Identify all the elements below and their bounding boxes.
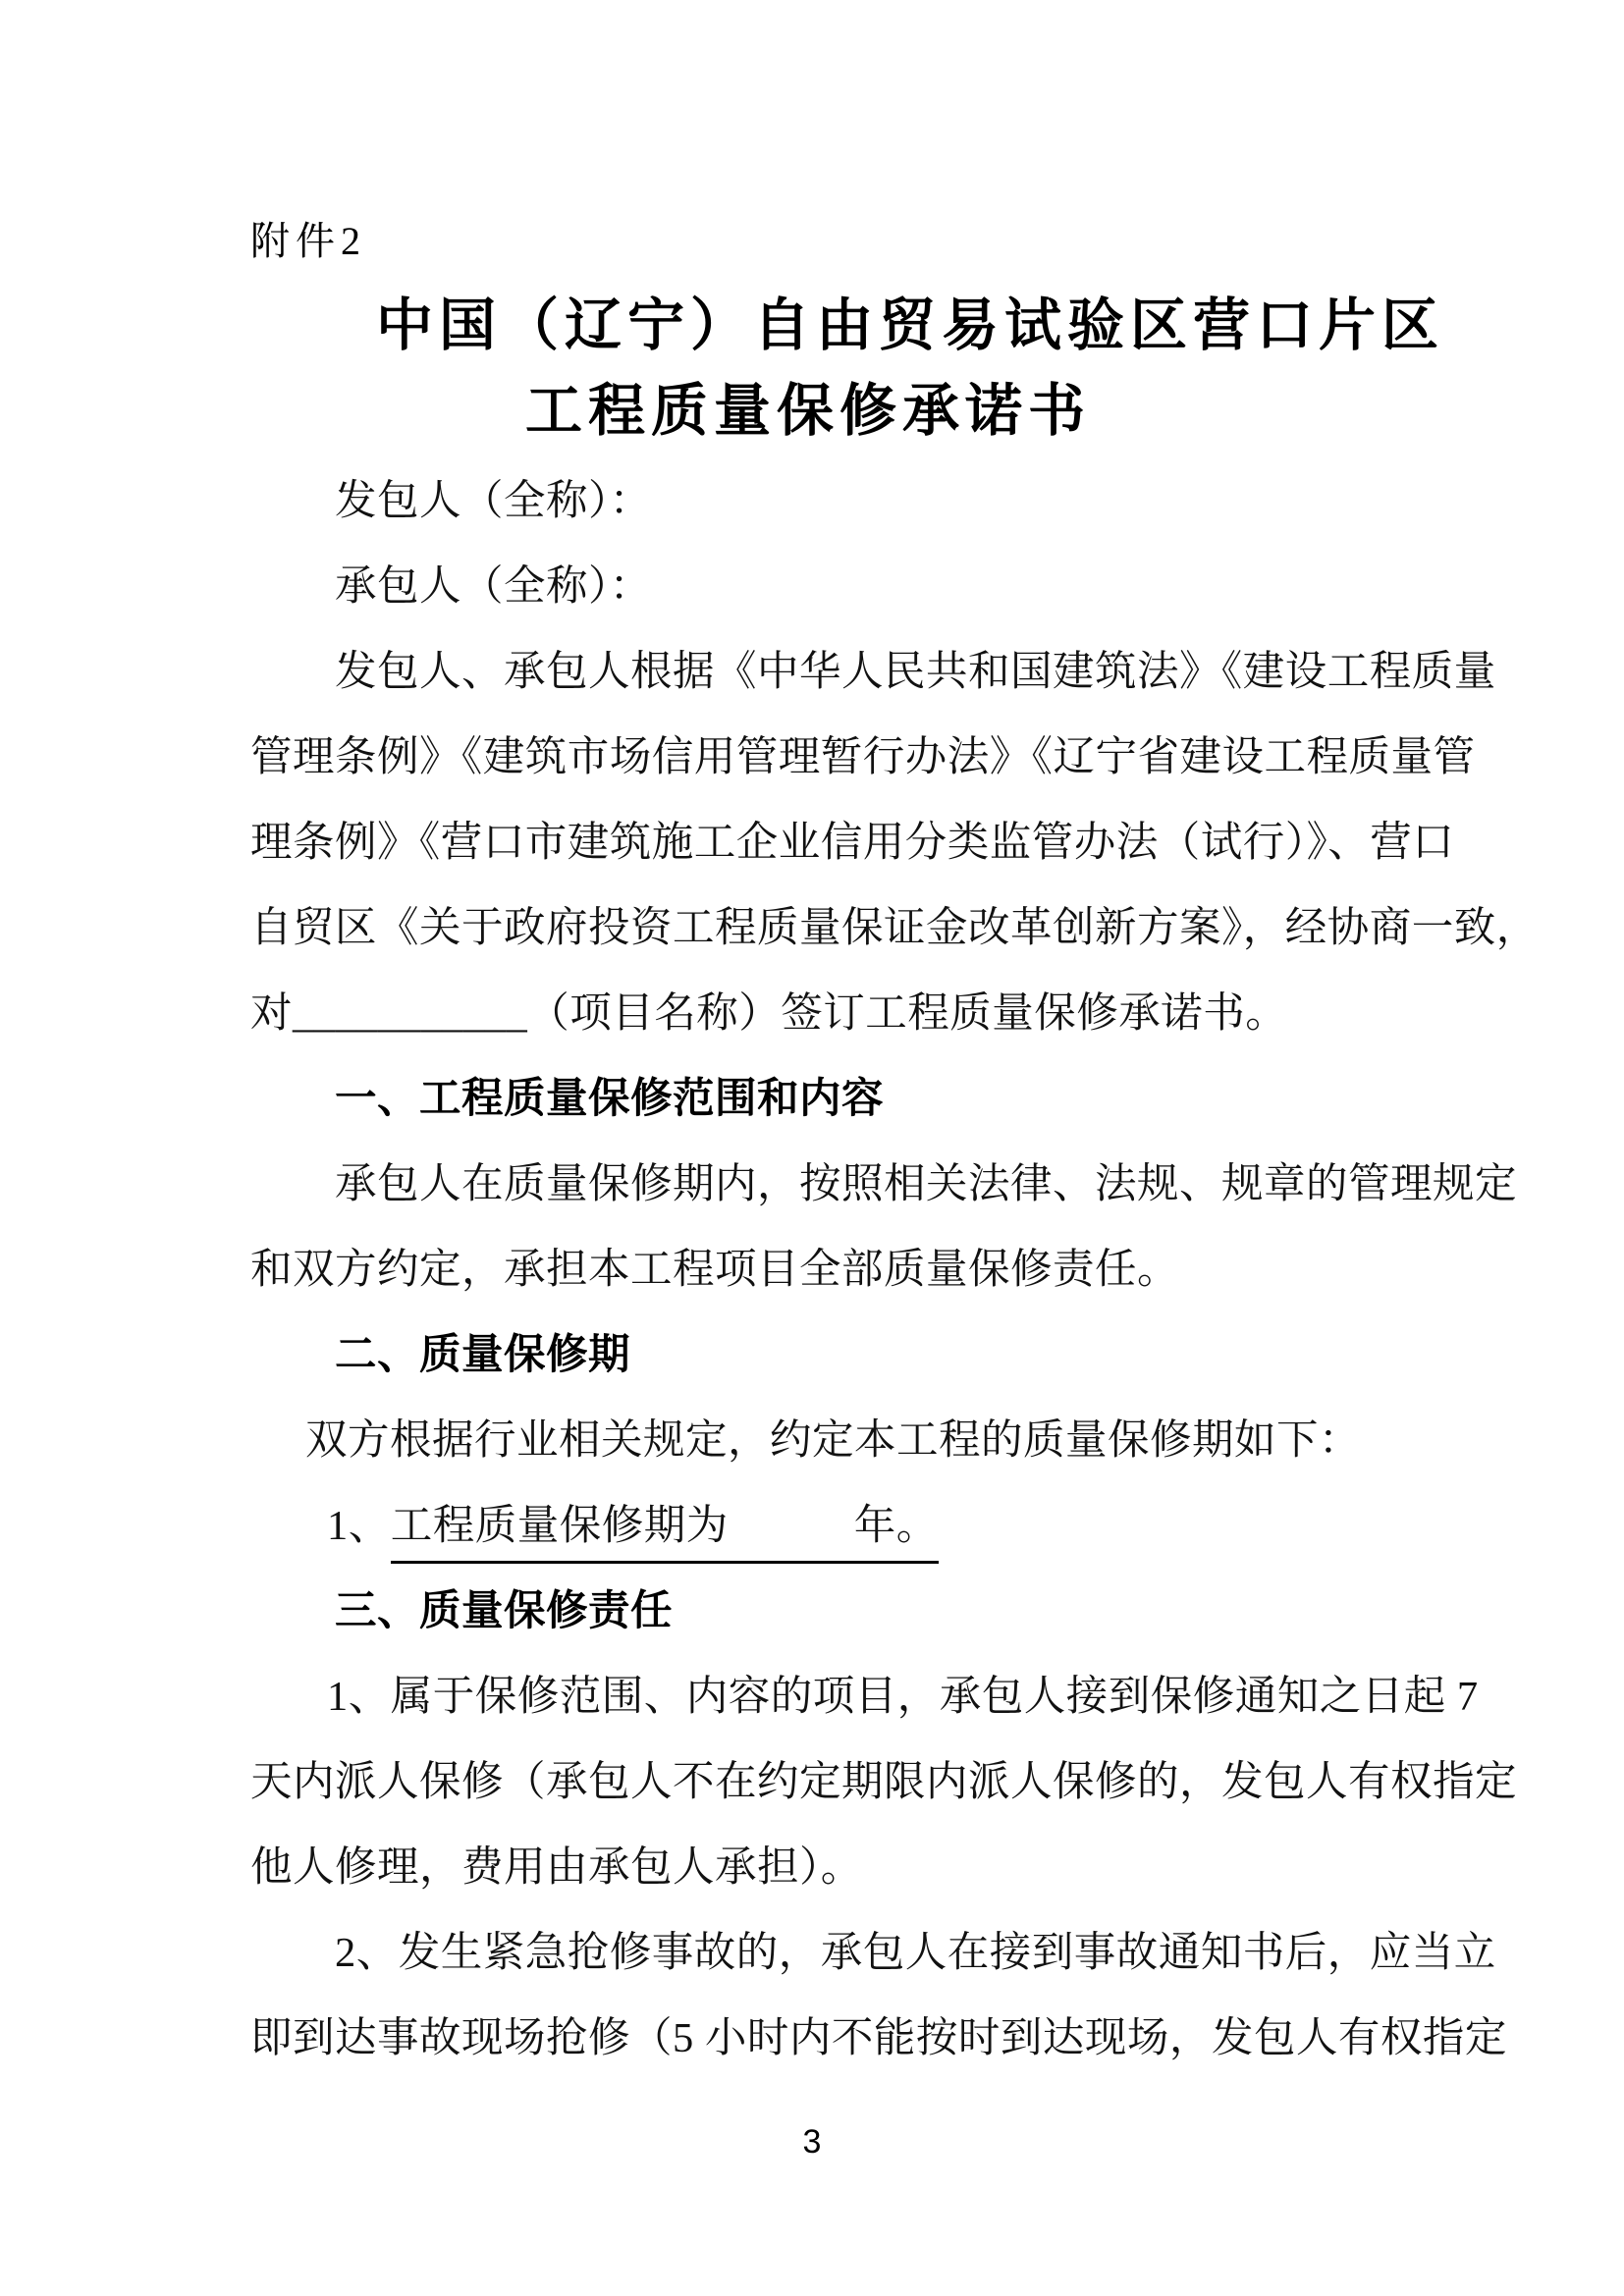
document-lines: 发包人（全称）：承包人（全称）：发包人、承包人根据《中华人民共和国建筑法》《建设… <box>250 458 1488 2081</box>
section3-item1-line-3: 他人修理，费用由承包人承担）。 <box>250 1825 1488 1910</box>
section1-line-1: 承包人在质量保修期内，按照相关法律、法规、规章的管理规定 <box>250 1142 1488 1227</box>
section3-item1-line-2: 天内派人保修（承包人不在约定期限内派人保修的，发包人有权指定 <box>250 1739 1488 1825</box>
section3-item2-line-1: 2、发生紧急抢修事故的，承包人在接到事故通知书后，应当立 <box>250 1910 1488 1996</box>
preamble-line-1: 发包人、承包人根据《中华人民共和国建筑法》《建设工程质量 <box>250 629 1488 715</box>
page-number: 3 <box>0 2122 1624 2162</box>
preamble-line-3: 理条例》《营口市建筑施工企业信用分类监管办法（试行）》、营口 <box>250 800 1488 885</box>
preamble-line-4: 自贸区《关于政府投资工程质量保证金改革创新方案》，经协商一致， <box>250 885 1488 971</box>
document-title-line-2: 工程质量保修承诺书 <box>0 368 1624 454</box>
document-title-line-1: 中国（辽宁）自由贸易试验区营口片区 <box>0 283 1624 368</box>
section-heading-3: 三、质量保修责任 <box>250 1569 1488 1654</box>
blank-space <box>729 1538 854 1539</box>
section2-line-1: 双方根据行业相关规定，约定本工程的质量保修期如下： <box>250 1398 1488 1483</box>
section-heading-1: 一、工程质量保修范围和内容 <box>250 1056 1488 1142</box>
document-page: 附件2 中国（辽宁）自由贸易试验区营口片区 工程质量保修承诺书 发包人（全称）：… <box>0 0 1624 2296</box>
section3-item2-line-2: 即到达事故现场抢修（5 小时内不能按时到达现场，发包人有权指定 <box>250 1996 1488 2081</box>
warranty-period-item: 1、工程质量保修期为年。 <box>250 1483 1488 1569</box>
project-name-blank-line: 对___________（项目名称）签订工程质量保修承诺书。 <box>250 971 1488 1056</box>
document-title: 中国（辽宁）自由贸易试验区营口片区 工程质量保修承诺书 <box>0 283 1624 454</box>
contractor-line: 承包人（全称）： <box>250 544 1488 629</box>
underlined-blank-field: 工程质量保修期为年。 <box>391 1492 939 1564</box>
preamble-line-2: 管理条例》《建筑市场信用管理暂行办法》《辽宁省建设工程质量管 <box>250 715 1488 800</box>
line-segment: 1、 <box>327 1503 391 1549</box>
section3-item1-line-1: 1、属于保修范围、内容的项目，承包人接到保修通知之日起 7 <box>250 1654 1488 1739</box>
attachment-label: 附件2 <box>250 214 366 269</box>
employer-line: 发包人（全称）： <box>250 458 1488 544</box>
section-heading-2: 二、质量保修期 <box>250 1312 1488 1398</box>
section1-line-2: 和双方约定，承担本工程项目全部质量保修责任。 <box>250 1227 1488 1312</box>
